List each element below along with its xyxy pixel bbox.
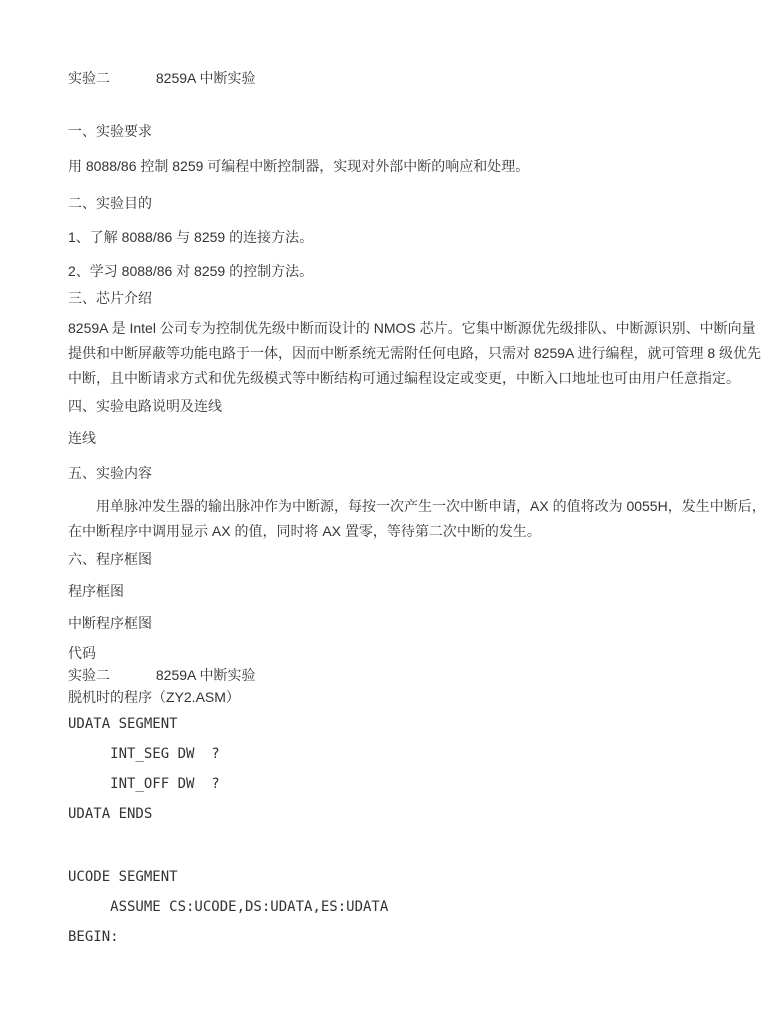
paragraph-line: 中断，且中断请求方式和优先级模式等中断结构可通过编程设定或变更，中断入口地址也可…: [68, 366, 768, 391]
section-heading-3: 三、芯片介绍: [68, 286, 768, 311]
paragraph-line: 用单脉冲发生器的输出脉冲作为中断源，每按一次产生一次中断申请，AX 的值将改为 …: [68, 494, 768, 519]
code-line: UCODE SEGMENT: [68, 865, 768, 890]
section-heading-2: 二、实验目的: [68, 191, 768, 216]
section-heading-6: 六、程序框图: [68, 547, 768, 572]
paragraph-line: 连线: [68, 426, 768, 451]
code-line: UDATA SEGMENT: [68, 712, 768, 737]
paragraph-line: 提供和中断屏蔽等功能电路于一体，因而中断系统无需附任何电路，只需对 8259A …: [68, 341, 768, 366]
code-line: INT_SEG DW ?: [68, 742, 768, 767]
paragraph-line: 中断程序框图: [68, 611, 768, 636]
paragraph-line: 8259A 是 Intel 公司专为控制优先级中断而设计的 NMOS 芯片。它集…: [68, 316, 768, 341]
code-intro-line: 脱机时的程序（ZY2.ASM）: [68, 686, 768, 708]
code-line: INT_OFF DW ?: [68, 772, 768, 797]
list-item: 2、学习 8088/86 对 8259 的控制方法。: [68, 259, 768, 284]
code-intro-line: 代码: [68, 642, 768, 664]
paragraph-line: 在中断程序中调用显示 AX 的值，同时将 AX 置零，等待第二次中断的发生。: [68, 519, 768, 544]
doc-title: 实验二 8259A 中断实验: [68, 66, 768, 91]
document-page: 实验二 8259A 中断实验 一、实验要求 用 8088/86 控制 8259 …: [0, 0, 768, 1024]
code-intro-line: 实验二 8259A 中断实验: [68, 664, 768, 686]
section-heading-1: 一、实验要求: [68, 119, 768, 144]
paragraph-line: 程序框图: [68, 579, 768, 604]
experiment-content-paragraph: 用单脉冲发生器的输出脉冲作为中断源，每按一次产生一次中断申请，AX 的值将改为 …: [68, 494, 768, 544]
code-line: ASSUME CS:UCODE,DS:UDATA,ES:UDATA: [68, 895, 768, 920]
code-line: BEGIN:: [68, 925, 768, 950]
code-intro-block: 代码 实验二 8259A 中断实验 脱机时的程序（ZY2.ASM）: [68, 642, 768, 708]
chip-intro-paragraph: 8259A 是 Intel 公司专为控制优先级中断而设计的 NMOS 芯片。它集…: [68, 316, 768, 391]
code-line: UDATA ENDS: [68, 802, 768, 827]
section-heading-4: 四、实验电路说明及连线: [68, 394, 768, 419]
paragraph-line: 用 8088/86 控制 8259 可编程中断控制器，实现对外部中断的响应和处理…: [68, 154, 768, 179]
code-listing: UDATA SEGMENT INT_SEG DW ? INT_OFF DW ? …: [68, 712, 768, 950]
section-heading-5: 五、实验内容: [68, 461, 768, 486]
list-item: 1、了解 8088/86 与 8259 的连接方法。: [68, 225, 768, 250]
code-blank-gap: [68, 832, 768, 865]
